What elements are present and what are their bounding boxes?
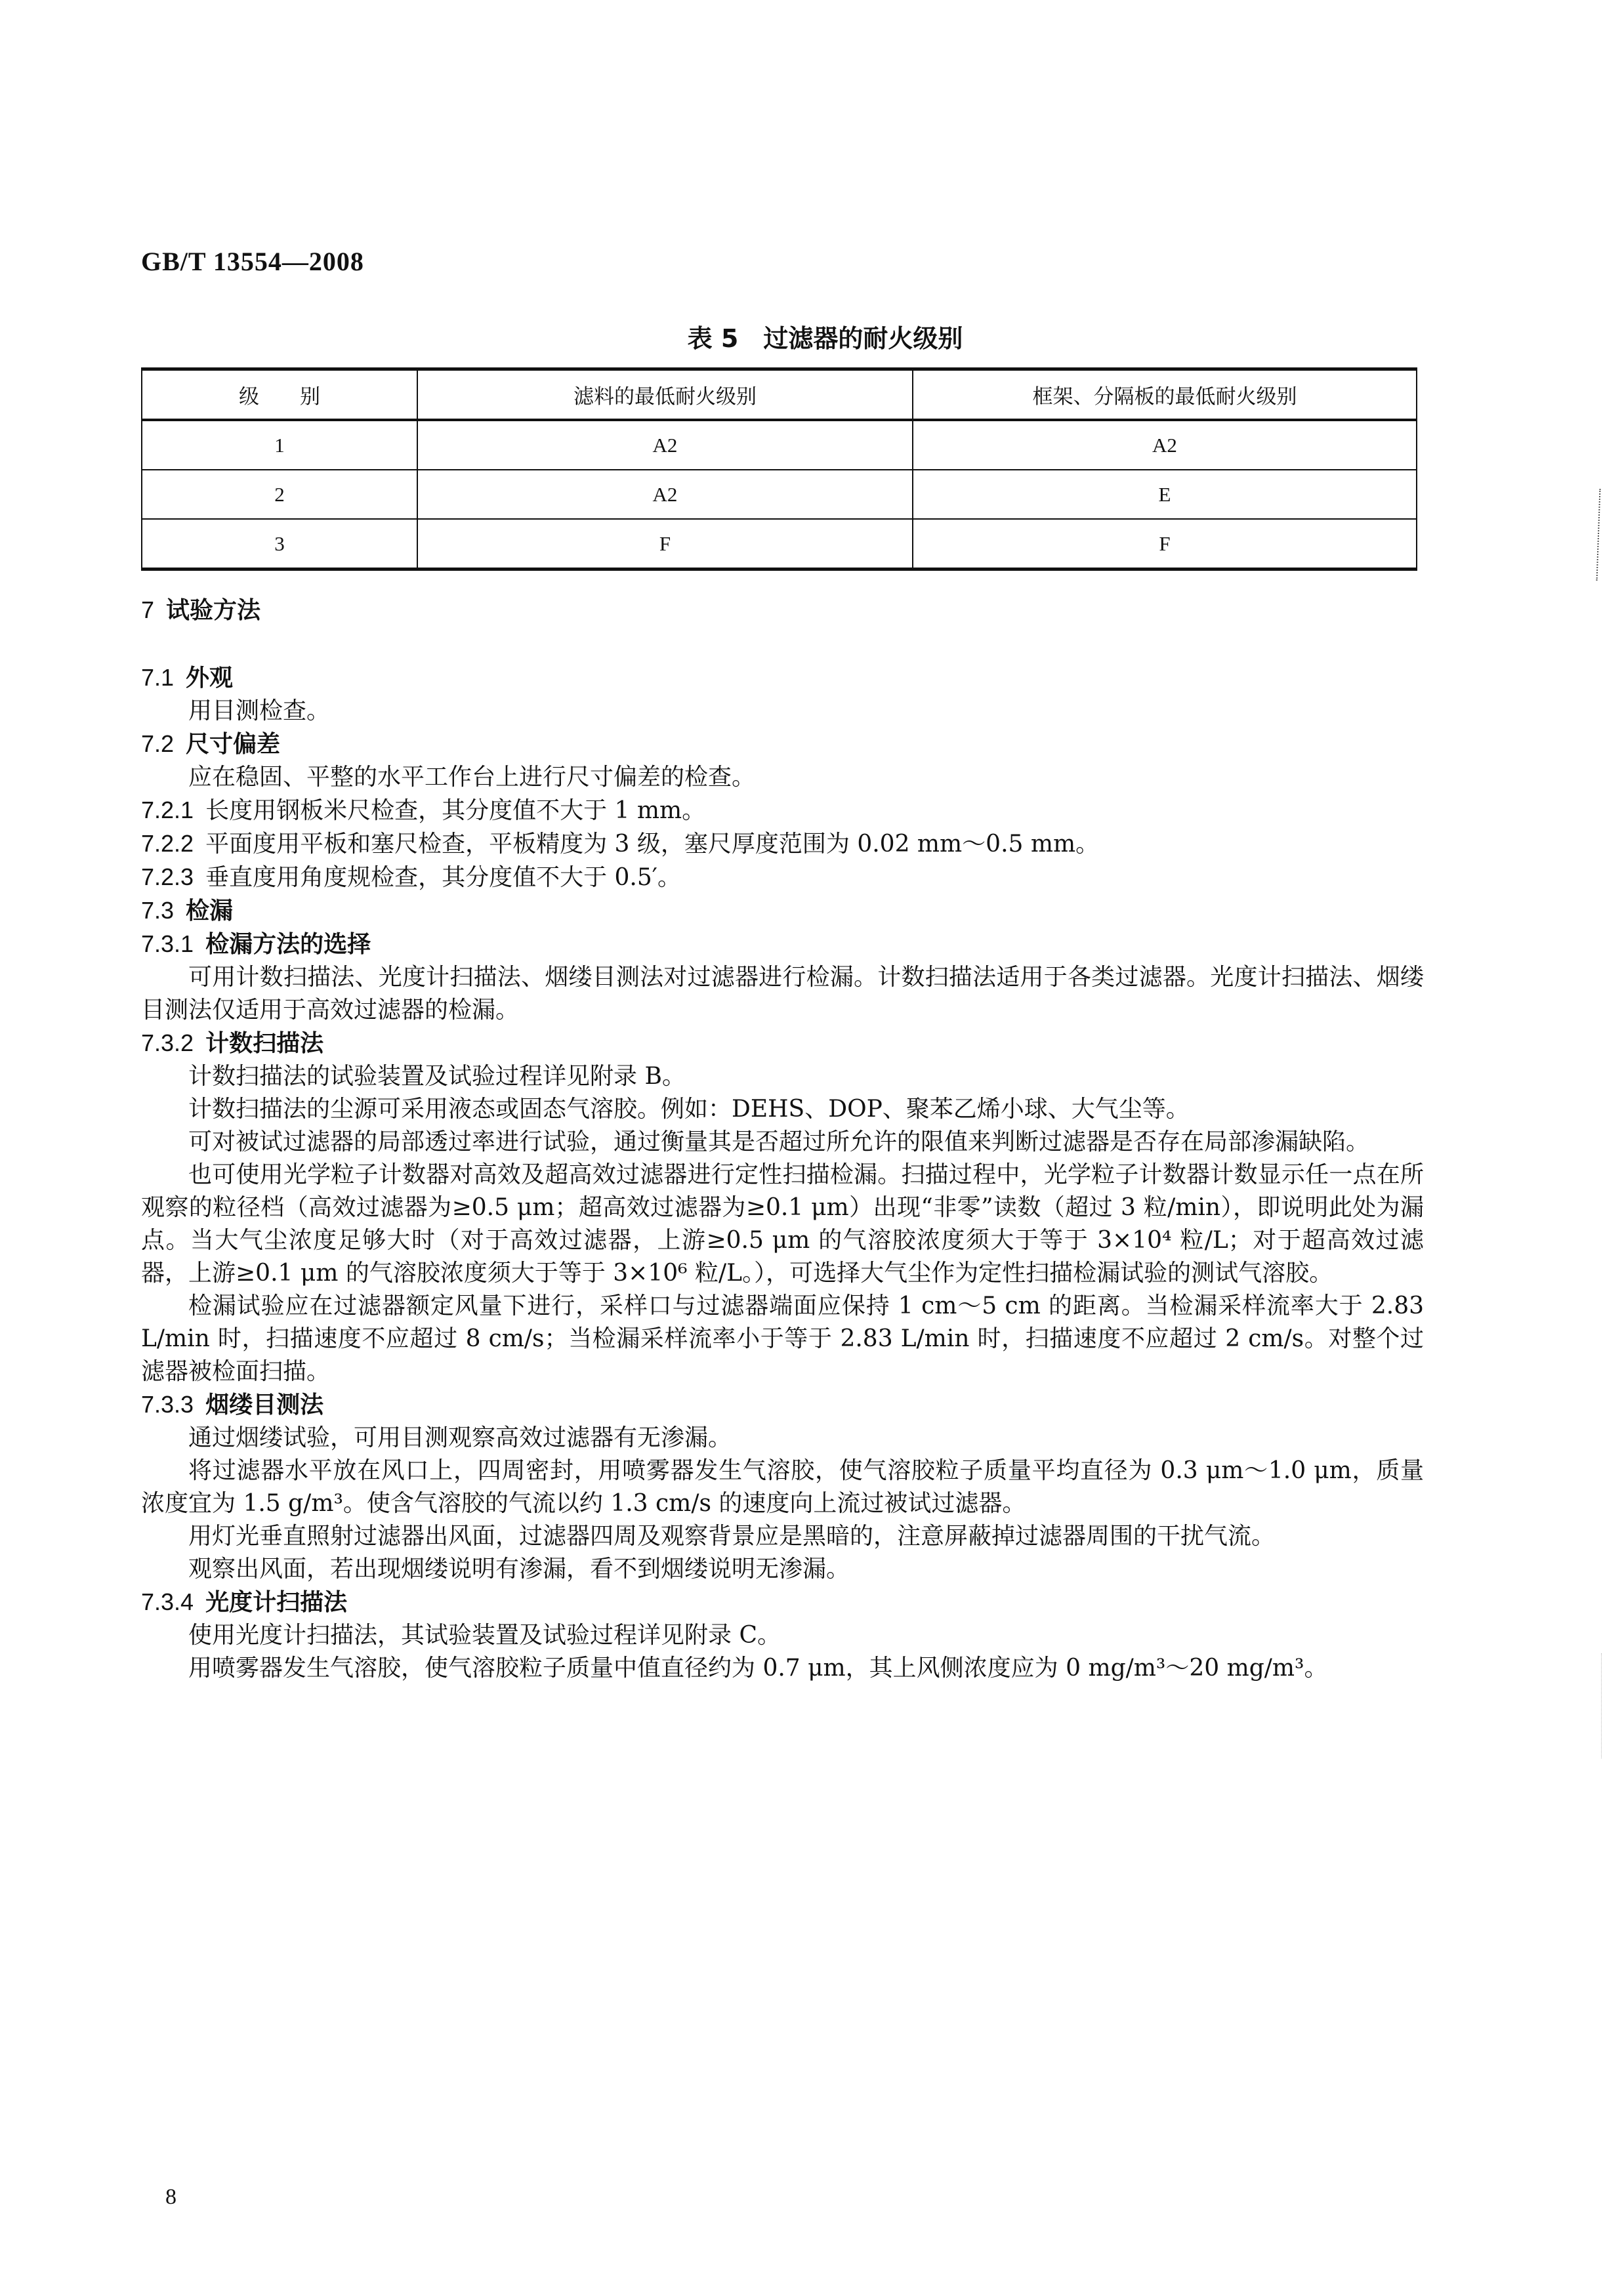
section-heading-7-3-4: 7.3.4光度计扫描法 bbox=[141, 1586, 1424, 1619]
section-number: 7.2.1 bbox=[141, 796, 194, 823]
section-heading-7-3-2: 7.3.2计数扫描法 bbox=[141, 1027, 1424, 1060]
table-cell: E bbox=[913, 470, 1417, 519]
table-cell: 1 bbox=[142, 420, 417, 470]
table-cell: F bbox=[417, 519, 913, 569]
section-number: 7.3.2 bbox=[141, 1029, 194, 1056]
section-title: 检漏方法的选择 bbox=[205, 931, 371, 958]
section-title: 光度计扫描法 bbox=[205, 1589, 347, 1616]
column-header: 级 别 bbox=[142, 369, 417, 421]
paragraph: 用喷雾器发生气溶胶，使气溶胶粒子质量中值直径约为 0.7 μm，其上风侧浓度应为… bbox=[141, 1652, 1424, 1685]
section-title: 烟缕目测法 bbox=[205, 1392, 323, 1418]
paragraph: 计数扫描法的尘源可采用液态或固态气溶胶。例如：DEHS、DOP、聚苯乙烯小球、大… bbox=[141, 1093, 1424, 1126]
table-row: 3 F F bbox=[142, 519, 1417, 569]
section-number: 7.2.2 bbox=[141, 830, 194, 857]
paragraph: 使用光度计扫描法，其试验装置及试验过程详见附录 C。 bbox=[141, 1619, 1424, 1652]
clause-7-2-2: 7.2.2平面度用平板和塞尺检查，平板精度为 3 级，塞尺厚度范围为 0.02 … bbox=[141, 827, 1424, 861]
section-title: 检漏 bbox=[186, 898, 233, 924]
table-cell: A2 bbox=[913, 420, 1417, 470]
section-heading-7-3: 7.3检漏 bbox=[141, 894, 1424, 928]
standard-code: GB/T 13554—2008 bbox=[141, 246, 364, 277]
section-title: 尺寸偏差 bbox=[186, 731, 280, 758]
section-heading-7: 7试验方法 bbox=[141, 594, 1424, 627]
page-number: 8 bbox=[165, 2185, 177, 2210]
clause-text: 垂直度用角度规检查，其分度值不大于 0.5′。 bbox=[205, 864, 681, 891]
section-heading-7-3-1: 7.3.1检漏方法的选择 bbox=[141, 928, 1424, 961]
section-title: 外观 bbox=[186, 665, 233, 692]
clause-7-2-1: 7.2.1长度用钢板米尺检查，其分度值不大于 1 mm。 bbox=[141, 794, 1424, 827]
section-heading-7-1: 7.1外观 bbox=[141, 661, 1424, 695]
scan-binding-mark bbox=[1596, 489, 1606, 581]
paragraph: 通过烟缕试验，可用目测观察高效过滤器有无渗漏。 bbox=[141, 1422, 1424, 1455]
table-cell: A2 bbox=[417, 470, 913, 519]
table-row: 1 A2 A2 bbox=[142, 420, 1417, 470]
table-row: 2 A2 E bbox=[142, 470, 1417, 519]
paragraph: 计数扫描法的试验装置及试验过程详见附录 B。 bbox=[141, 1060, 1424, 1093]
table-header-row: 级 别 滤料的最低耐火级别 框架、分隔板的最低耐火级别 bbox=[142, 369, 1417, 421]
clause-text: 长度用钢板米尺检查，其分度值不大于 1 mm。 bbox=[205, 797, 705, 824]
section-heading-7-2: 7.2尺寸偏差 bbox=[141, 728, 1424, 761]
section-number: 7.2 bbox=[141, 730, 174, 757]
table-cell: A2 bbox=[417, 420, 913, 470]
fire-rating-table: 级 别 滤料的最低耐火级别 框架、分隔板的最低耐火级别 1 A2 A2 2 A2… bbox=[141, 367, 1417, 571]
paragraph: 将过滤器水平放在风口上，四周密封，用喷雾器发生气溶胶，使气溶胶粒子质量平均直径为… bbox=[141, 1455, 1424, 1520]
section-number: 7.3.1 bbox=[141, 930, 194, 957]
paragraph: 观察出风面，若出现烟缕说明有渗漏，看不到烟缕说明无渗漏。 bbox=[141, 1553, 1424, 1586]
section-number: 7.2.3 bbox=[141, 863, 194, 890]
document-body: 7试验方法 7.1外观 用目测检查。 7.2尺寸偏差 应在稳固、平整的水平工作台… bbox=[141, 594, 1424, 1685]
section-title: 计数扫描法 bbox=[205, 1030, 323, 1057]
column-header: 框架、分隔板的最低耐火级别 bbox=[913, 369, 1417, 421]
table-title: 表 5 过滤器的耐火级别 bbox=[0, 318, 1624, 354]
paragraph: 可对被试过滤器的局部透过率进行试验，通过衡量其是否超过所允许的限值来判断过滤器是… bbox=[141, 1126, 1424, 1159]
section-number: 7 bbox=[141, 596, 154, 623]
clause-text: 平面度用平板和塞尺检查，平板精度为 3 级，塞尺厚度范围为 0.02 mm～0.… bbox=[205, 831, 1099, 858]
paragraph: 应在稳固、平整的水平工作台上进行尺寸偏差的检查。 bbox=[141, 761, 1424, 794]
table-cell: 2 bbox=[142, 470, 417, 519]
paragraph: 用灯光垂直照射过滤器出风面，过滤器四周及观察背景应是黑暗的，注意屏蔽掉过滤器周围… bbox=[141, 1520, 1424, 1553]
section-heading-7-3-3: 7.3.3烟缕目测法 bbox=[141, 1388, 1424, 1422]
section-number: 7.1 bbox=[141, 664, 174, 691]
table-cell: 3 bbox=[142, 519, 417, 569]
paragraph: 可用计数扫描法、光度计扫描法、烟缕目测法对过滤器进行检漏。计数扫描法适用于各类过… bbox=[141, 961, 1424, 1027]
paragraph: 用目测检查。 bbox=[141, 695, 1424, 728]
scan-binding-mark bbox=[1601, 1653, 1604, 1758]
paragraph: 也可使用光学粒子计数器对高效及超高效过滤器进行定性扫描检漏。扫描过程中，光学粒子… bbox=[141, 1159, 1424, 1290]
section-title: 试验方法 bbox=[166, 597, 260, 624]
column-header: 滤料的最低耐火级别 bbox=[417, 369, 913, 421]
clause-7-2-3: 7.2.3垂直度用角度规检查，其分度值不大于 0.5′。 bbox=[141, 861, 1424, 894]
paragraph: 检漏试验应在过滤器额定风量下进行，采样口与过滤器端面应保持 1 cm～5 cm … bbox=[141, 1290, 1424, 1388]
section-number: 7.3 bbox=[141, 897, 174, 924]
section-number: 7.3.3 bbox=[141, 1391, 194, 1418]
table-cell: F bbox=[913, 519, 1417, 569]
section-number: 7.3.4 bbox=[141, 1588, 194, 1615]
